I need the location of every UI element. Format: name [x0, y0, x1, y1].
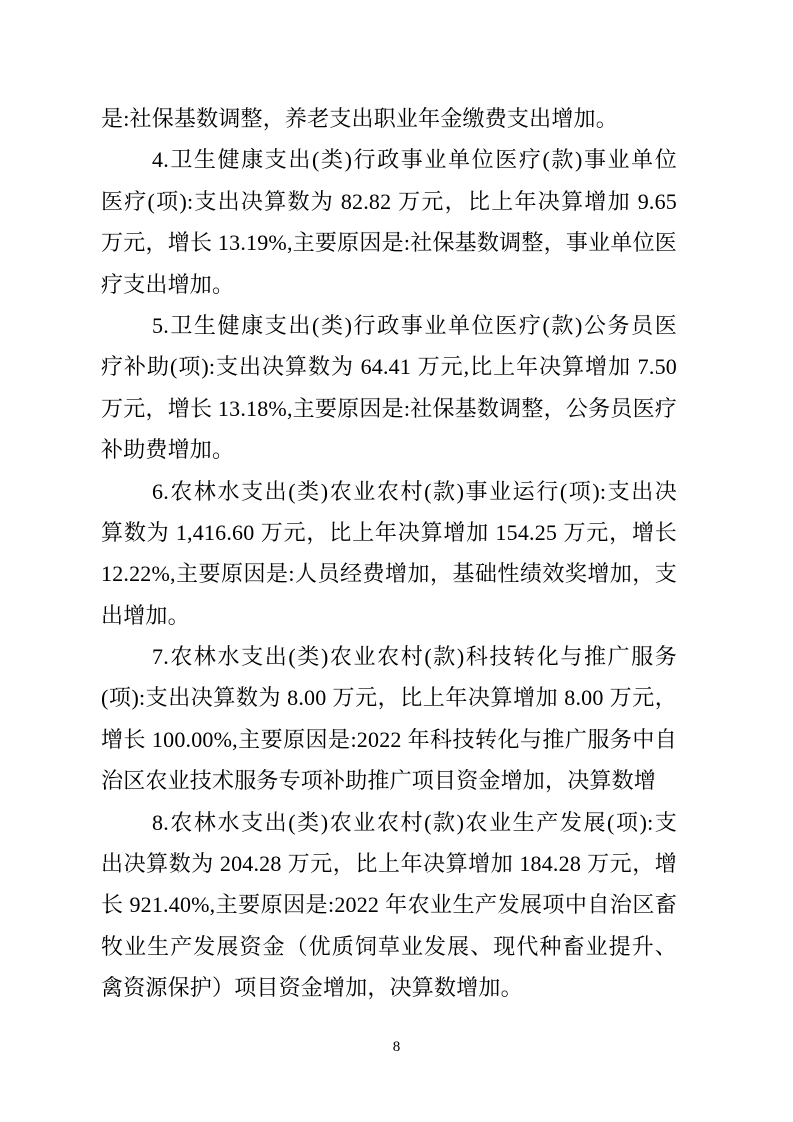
paragraph: 8.农林水支出(类)农业农村(款)农业生产发展(项):支 出决算数为 204.2… [101, 802, 677, 1009]
paragraph: 6.农林水支出(类)农业农村(款)事业运行(项):支出决 算数为 1,416.6… [101, 471, 677, 637]
paragraph: 是:社保基数调整，养老支出职业年金缴费支出增加。 [101, 98, 677, 139]
text-line: 禽资源保护）项目资金增加，决算数增加。 [101, 967, 677, 1008]
text-line: 增长 100.00%,主要原因是:2022 年科技转化与推广服务中自 [101, 719, 677, 760]
text-line: 出增加。 [101, 595, 677, 636]
text-line: 万元，增长 13.18%,主要原因是:社保基数调整，公务员医疗 [101, 388, 677, 429]
text-line: 5.卫生健康支出(类)行政事业单位医疗(款)公务员医 [101, 305, 677, 346]
text-line: 7.农林水支出(类)农业农村(款)科技转化与推广服务 [101, 636, 677, 677]
text-line: 疗补助(项):支出决算数为 64.41 万元,比上年决算增加 7.50 [101, 346, 677, 387]
text-line: 医疗(项):支出决算数为 82.82 万元，比上年决算增加 9.65 [101, 181, 677, 222]
text-line: 长 921.40%,主要原因是:2022 年农业生产发展项中自治区畜 [101, 884, 677, 925]
text-line: 疗支出增加。 [101, 264, 677, 305]
text-line: 算数为 1,416.60 万元，比上年决算增加 154.25 万元，增长 [101, 512, 677, 553]
text-line: (项):支出决算数为 8.00 万元，比上年决算增加 8.00 万元， [101, 677, 677, 718]
paragraph: 7.农林水支出(类)农业农村(款)科技转化与推广服务 (项):支出决算数为 8.… [101, 636, 677, 802]
paragraph: 4.卫生健康支出(类)行政事业单位医疗(款)事业单位 医疗(项):支出决算数为 … [101, 139, 677, 305]
text-line: 12.22%,主要原因是:人员经费增加，基础性绩效奖增加，支 [101, 553, 677, 594]
text-line: 治区农业技术服务专项补助推广项目资金增加，决算数增加。 [101, 760, 677, 801]
text-line: 是:社保基数调整，养老支出职业年金缴费支出增加。 [101, 98, 677, 139]
text-line: 补助费增加。 [101, 429, 677, 470]
document-body: 是:社保基数调整，养老支出职业年金缴费支出增加。 4.卫生健康支出(类)行政事业… [101, 98, 677, 1009]
text-line: 出决算数为 204.28 万元，比上年决算增加 184.28 万元，增 [101, 843, 677, 884]
text-line: 万元，增长 13.19%,主要原因是:社保基数调整，事业单位医 [101, 222, 677, 263]
document-page: 是:社保基数调整，养老支出职业年金缴费支出增加。 4.卫生健康支出(类)行政事业… [0, 0, 793, 1122]
text-line: 4.卫生健康支出(类)行政事业单位医疗(款)事业单位 [101, 139, 677, 180]
text-line: 牧业生产发展资金（优质饲草业发展、现代种畜业提升、畜 [101, 926, 677, 967]
text-line: 8.农林水支出(类)农业农村(款)农业生产发展(项):支 [101, 802, 677, 843]
paragraph: 5.卫生健康支出(类)行政事业单位医疗(款)公务员医 疗补助(项):支出决算数为… [101, 305, 677, 471]
text-line: 6.农林水支出(类)农业农村(款)事业运行(项):支出决 [101, 471, 677, 512]
page-number: 8 [0, 1037, 793, 1057]
